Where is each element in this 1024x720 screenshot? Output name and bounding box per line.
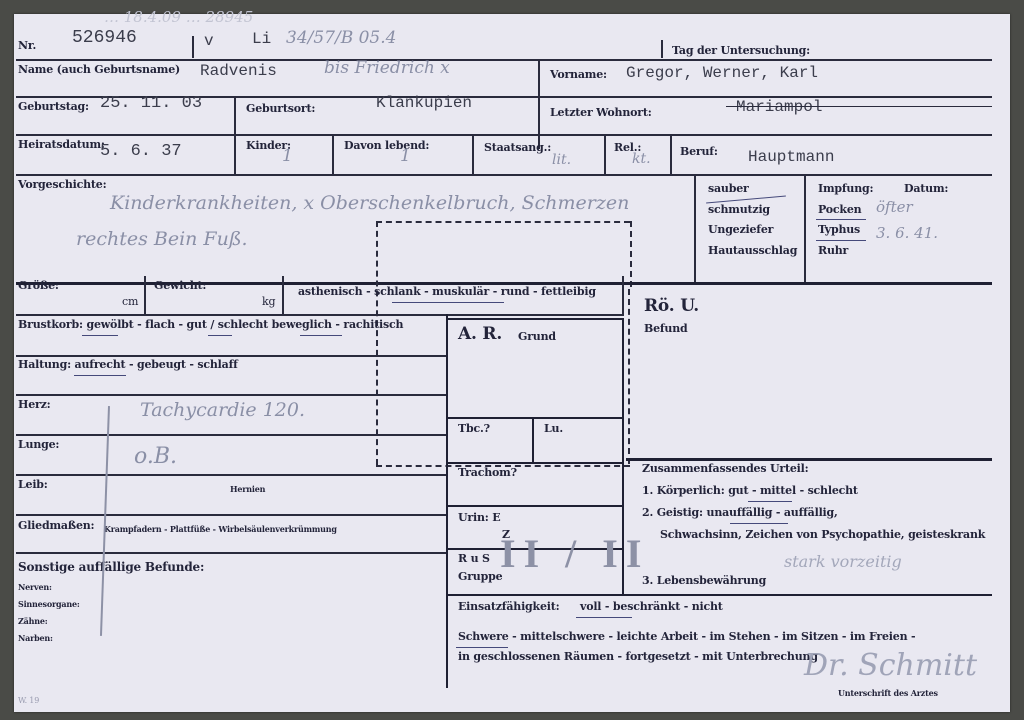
divider [332, 134, 334, 174]
history-line-2: rechtes Bein Fuß. [76, 228, 248, 250]
other-senses: Sinnesorgane: [18, 599, 80, 609]
other-nerves: Nerven: [18, 582, 52, 592]
living-value: 1 [400, 146, 411, 166]
lu-label: Lu. [544, 422, 563, 435]
vaccination-pocken: Pocken [818, 203, 861, 216]
underline-mark [208, 335, 232, 336]
heart-label: Herz: [18, 398, 51, 411]
last-residence-label: Letzter Wohnort: [550, 106, 652, 119]
skin-option-vermin: Ungeziefer [708, 223, 773, 236]
underline-mark [456, 647, 508, 648]
birthplace-value: Klankupien [376, 94, 472, 112]
summary-title: Zusammenfassendes Urteil: [642, 462, 808, 475]
build-options: asthenisch - schlank - muskulär - rund -… [298, 285, 596, 298]
vaccination-typhus-value: 3. 6. 41. [876, 224, 938, 242]
skin-option-dirty: schmutzig [708, 203, 770, 216]
weight-label: Gewicht: [154, 279, 206, 292]
abdomen-label: Leib: [18, 478, 48, 491]
lung-value: o.B. [134, 444, 177, 469]
row-line [16, 434, 446, 436]
divider [622, 276, 624, 314]
divider [694, 174, 696, 282]
stamp-box-border [376, 221, 378, 465]
fitness-options: voll - beschränkt - nicht [580, 600, 723, 613]
occupation-label: Beruf: [680, 145, 718, 158]
box-border [626, 458, 992, 461]
summary-mental-options: Schwachsinn, Zeichen von Psychopathie, g… [660, 528, 985, 541]
vaccination-label: Impfung: [818, 182, 873, 195]
code-li: Li [252, 30, 271, 48]
history-label: Vorgeschichte: [18, 178, 106, 191]
other-findings-label: Sonstige auffällige Befunde: [18, 560, 204, 574]
divider [804, 174, 806, 282]
history-line-1: Kinderkrankheiten, x Oberschenkelbruch, … [110, 192, 629, 214]
urin-label: Urin: E [458, 511, 500, 524]
divider [472, 134, 474, 174]
citizenship-label: Staatsang.: [484, 141, 551, 154]
summary-life-record: 3. Lebensbewährung [642, 574, 766, 587]
rus-label: R u S [458, 552, 490, 565]
nr-label: Nr. [18, 39, 36, 52]
divider [234, 134, 236, 174]
form-code: W. 19 [18, 696, 39, 705]
trachom-label: Trachom? [458, 466, 517, 479]
skin-option-clean: sauber [708, 182, 749, 195]
lung-label: Lunge: [18, 438, 59, 451]
living-label: Davon lebend: [344, 139, 429, 152]
hernia-label: Hernien [230, 484, 265, 494]
vaccination-ruhr: Ruhr [818, 244, 848, 257]
weight-unit: kg [262, 295, 275, 308]
row-line [16, 514, 446, 516]
tbc-label: Tbc.? [458, 422, 490, 435]
row-line [16, 59, 992, 61]
handwritten-code: 34/57/B 05.4 [286, 28, 396, 48]
children-value: 1 [282, 146, 293, 166]
row-line [16, 552, 446, 554]
marriage-date-label: Heiratsdatum: [18, 138, 105, 151]
underline-mark [392, 302, 504, 303]
birthplace-label: Geburtsort: [246, 102, 315, 115]
first-name-label: Vorname: [550, 68, 607, 81]
summary-handwritten: stark vorzeitig [784, 552, 902, 571]
underline-mark [816, 240, 866, 241]
underline-mark [82, 335, 118, 336]
vaccination-pocken-value: öfter [876, 198, 913, 216]
faint-top-note: … 18.4.09 … 28945 [104, 8, 253, 26]
name-handwritten: bis Friedrich x [324, 58, 450, 78]
name-label: Name (auch Geburtsname) [18, 63, 180, 76]
citizenship-value: lit. [552, 152, 571, 168]
divider [661, 40, 663, 58]
center-column-border [446, 314, 448, 688]
medical-record-card: … 18.4.09 … 28945 Nr. 526946 v Li 34/57/… [14, 14, 1010, 712]
code-v: v [204, 32, 214, 50]
box-border [446, 505, 624, 507]
row-line [16, 134, 992, 136]
box-border [446, 462, 624, 464]
stamp-box-border [628, 289, 630, 464]
xray-findings-label: Befund [644, 322, 688, 335]
xray-title: Rö. U. [644, 296, 699, 316]
other-teeth: Zähne: [18, 616, 48, 626]
chest-options: Brustkorb: gewölbt - flach - gut / schle… [18, 318, 403, 331]
row-line [16, 314, 624, 316]
religion-value: kt. [632, 151, 651, 167]
handwritten-bracket [100, 406, 110, 636]
grund-label: Grund [518, 330, 556, 343]
other-scars: Narben: [18, 633, 53, 643]
underline-mark [816, 219, 866, 220]
work-options-line-2: in geschlossenen Räumen - fortgesetzt - … [458, 650, 818, 663]
height-unit: cm [122, 295, 138, 308]
gruppe-value: II / II [500, 530, 649, 577]
strike-line [726, 106, 992, 107]
divider [282, 276, 284, 314]
gruppe-label: Gruppe [458, 570, 502, 583]
box-border [532, 417, 534, 463]
occupation-value: Hauptmann [748, 148, 834, 166]
row-line [16, 394, 446, 396]
height-label: Größe: [18, 279, 59, 292]
nr-value: 526946 [72, 28, 137, 48]
divider [192, 36, 194, 58]
doctor-signature: Dr. Schmitt [804, 648, 977, 683]
summary-mental: 2. Geistig: unauffällig - auffällig, [642, 506, 838, 519]
signature-label: Unterschrift des Arztes [838, 688, 938, 698]
underline-mark [730, 523, 788, 524]
row-line [16, 174, 992, 176]
fitness-label: Einsatzfähigkeit: [458, 600, 559, 613]
stamp-box-border [376, 221, 630, 223]
heart-value: Tachycardie 120. [140, 399, 305, 421]
row-line [16, 474, 446, 476]
name-value: Radvenis [200, 62, 277, 80]
row-line [16, 355, 446, 357]
exam-date-label: Tag der Untersuchung: [672, 44, 810, 57]
underline-mark [300, 335, 342, 336]
summary-physical: 1. Körperlich: gut - mittel - schlecht [642, 484, 858, 497]
birthday-label: Geburtstag: [18, 100, 89, 113]
divider [670, 134, 672, 174]
work-options-line-1: Schwere - mittelschwere - leichte Arbeit… [458, 630, 915, 643]
posture-options: Haltung: aufrecht - gebeugt - schlaff [18, 358, 238, 371]
stamp-box-border [630, 221, 632, 287]
underline-mark [74, 375, 126, 376]
last-residence-value: Mariampol [736, 98, 822, 116]
limbs-label: Gliedmaßen: [18, 519, 94, 532]
birthday-value: 25. 11. 03 [100, 94, 202, 113]
marriage-date-value: 5. 6. 37 [100, 142, 182, 161]
divider [144, 276, 146, 314]
ar-label: A. R. [458, 324, 502, 344]
divider [604, 134, 606, 174]
vaccination-date-label: Datum: [904, 182, 948, 195]
first-name-value: Gregor, Werner, Karl [626, 64, 818, 82]
vaccination-typhus: Typhus [818, 223, 860, 236]
box-border [626, 282, 992, 285]
skin-option-rash: Hautausschlag [708, 244, 797, 257]
box-border [446, 318, 624, 320]
underline-mark [576, 617, 632, 618]
box-border [446, 594, 992, 596]
box-border [446, 417, 624, 419]
limbs-options: Krampfadern - Plattfüße - Wirbelsäulenve… [104, 524, 337, 534]
underline-mark [748, 501, 792, 502]
